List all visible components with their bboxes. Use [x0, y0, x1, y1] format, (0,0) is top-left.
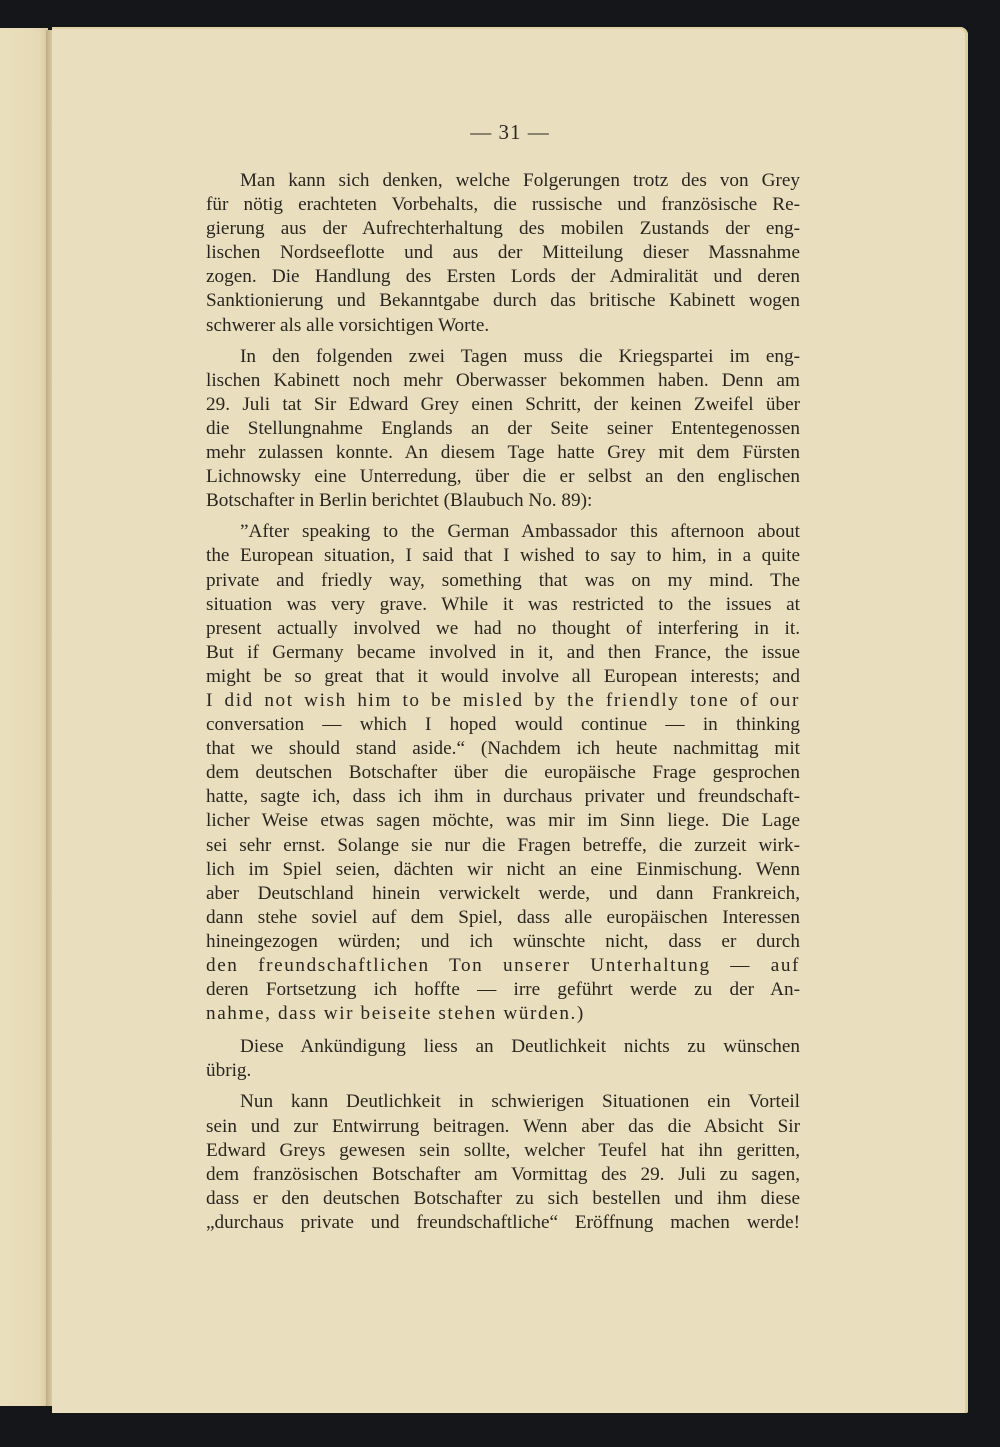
text-line: „durchaus private und freundschaftliche“… — [172, 1211, 800, 1235]
text-line: Man kann sich denken, welche Folgerungen… — [172, 169, 800, 193]
text-line: Botschafter in Berlin berichtet (Blaubuc… — [172, 489, 800, 513]
text-line: dass er den deutschen Botschafter zu sic… — [172, 1187, 800, 1211]
text-line: den freundschaftlichen Ton unserer Unter… — [172, 954, 800, 978]
text-line: dann stehe soviel auf dem Spiel, dass al… — [172, 906, 800, 930]
text-line: might be so great that it would involve … — [172, 665, 800, 689]
text-line: licher Weise etwas sagen möchte, was mir… — [172, 809, 800, 833]
page-number: — 31 — — [52, 120, 968, 145]
text-line: hatte, sagte ich, dass ich ihm in durcha… — [172, 785, 800, 809]
paragraph-4: Diese Ankündigung liess an Deutlichkeit … — [172, 1035, 800, 1083]
text-line: dem deutschen Botschafter über die europ… — [172, 761, 800, 785]
text-line: private and friedly way, something that … — [172, 569, 800, 593]
paragraph-2: In den folgenden zwei Tagen muss die Kri… — [172, 345, 800, 514]
text-line: übrig. — [172, 1059, 800, 1083]
text-line: Diese Ankündigung liess an Deutlichkeit … — [172, 1035, 800, 1059]
quotation-paragraph: ”After speaking to the German Ambassador… — [172, 520, 800, 1026]
text-line: gierung aus der Aufrechterhaltung des mo… — [172, 217, 800, 241]
text-line: dem französischen Botschafter am Vormitt… — [172, 1163, 800, 1187]
text-line: Lichnowsky eine Unterredung, über die er… — [172, 465, 800, 489]
text-line: die Stellungnahme Englands an der Seite … — [172, 417, 800, 441]
text-line: ”After speaking to the German Ambassador… — [172, 520, 800, 544]
facing-page-edge — [0, 28, 48, 1406]
text-line: für nötig erachteten Vorbehalts, die rus… — [172, 193, 800, 217]
text-line: sein und zur Entwirrung beitragen. Wenn … — [172, 1115, 800, 1139]
text-line: In den folgenden zwei Tagen muss die Kri… — [172, 345, 800, 369]
text-line: lich im Spiel seien, dächten wir nicht a… — [172, 858, 800, 882]
text-line: zogen. Die Handlung des Ersten Lords der… — [172, 265, 800, 289]
text-line: mehr zulassen konnte. An diesem Tage hat… — [172, 441, 800, 465]
book-page: — 31 — Man kann sich denken, welche Folg… — [52, 27, 968, 1413]
text-line: But if Germany became involved in it, an… — [172, 641, 800, 665]
text-line: deren Fortsetzung ich hoffte — irre gefü… — [172, 978, 800, 1002]
text-line: I did not wish him to be misled by the f… — [172, 689, 800, 713]
text-line: sei sehr ernst. Solange sie nur die Frag… — [172, 834, 800, 858]
text-line: nahme, dass wir beiseite stehen würden.) — [172, 1002, 800, 1026]
text-line: conversation — which I hoped would conti… — [172, 713, 800, 737]
body-text: Man kann sich denken, welche Folgerungen… — [172, 169, 800, 1242]
text-line: lischen Nordseeflotte und aus der Mittei… — [172, 241, 800, 265]
text-line: situation was very grave. While it was r… — [172, 593, 800, 617]
text-line: Nun kann Deutlichkeit in schwierigen Sit… — [172, 1090, 800, 1114]
text-line: 29. Juli tat Sir Edward Grey einen Schri… — [172, 393, 800, 417]
text-line: Edward Greys gewesen sein sollte, welche… — [172, 1139, 800, 1163]
paragraph-5: Nun kann Deutlichkeit in schwierigen Sit… — [172, 1090, 800, 1235]
paragraph-1: Man kann sich denken, welche Folgerungen… — [172, 169, 800, 338]
text-line: aber Deutschland hinein verwickelt werde… — [172, 882, 800, 906]
text-line: that we should stand aside.“ (Nachdem ic… — [172, 737, 800, 761]
text-line: schwerer als alle vorsichtigen Worte. — [172, 314, 800, 338]
text-line: the European situation, I said that I wi… — [172, 544, 800, 568]
text-line: Sanktionierung und Bekanntgabe durch das… — [172, 289, 800, 313]
text-line: hineingezogen würden; und ich wünschte n… — [172, 930, 800, 954]
text-line: present actually involved we had no thou… — [172, 617, 800, 641]
text-line: lischen Kabinett noch mehr Oberwasser be… — [172, 369, 800, 393]
